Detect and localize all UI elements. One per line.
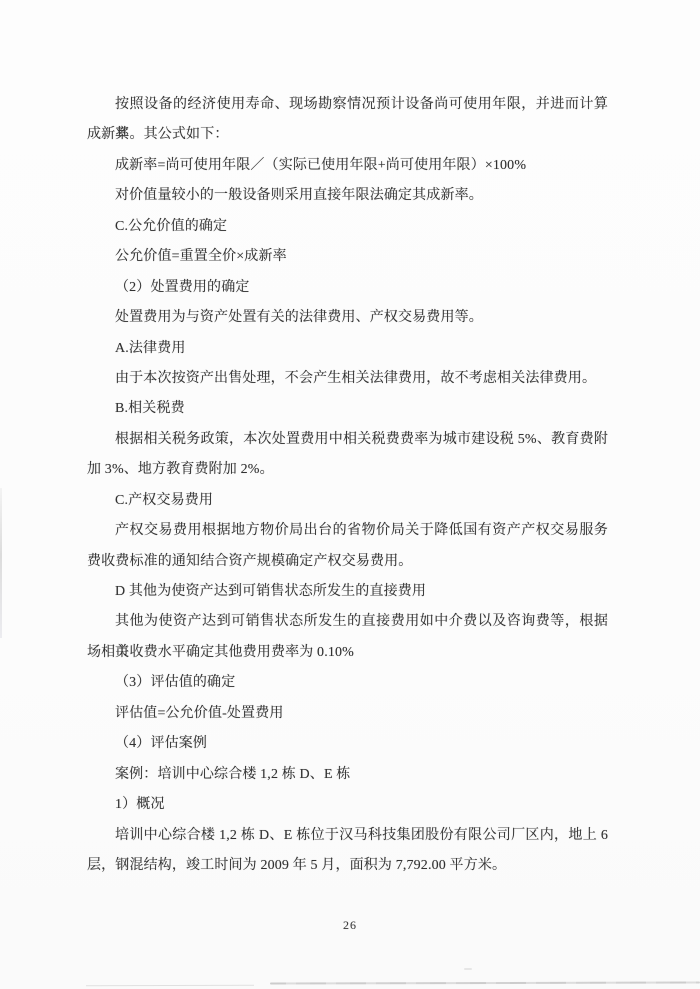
text-line: 根据相关税务政策，本次处置费用中相关税费费率为城市建设税 5%、教育费附 — [87, 425, 608, 455]
text-line: （2）处置费用的确定 — [87, 273, 608, 303]
text-line: （4）评估案例 — [87, 729, 608, 759]
scan-speck-artifact — [464, 968, 472, 970]
text-line: 培训中心综合楼 1,2 栋 D、E 栋位于汉马科技集团股份有限公司厂区内，地上 … — [87, 821, 608, 851]
page-number: 26 — [0, 918, 700, 933]
text-line: 由于本次按资产出售处理，不会产生相关法律费用，故不考虑相关法律费用。 — [87, 364, 608, 394]
text-line: 费收费标准的通知结合资产规模确定产权交易费用。 — [87, 547, 608, 577]
text-line: 其他为使资产达到可销售状态所发生的直接费用如中介费以及咨询费等，根据市 — [87, 607, 608, 637]
text-line: A.法律费用 — [87, 334, 608, 364]
scanned-document-page: 按照设备的经济使用寿命、现场勘察情况预计设备尚可使用年限，并进而计算其成新率。其… — [0, 0, 700, 989]
text-line: D 其他为使资产达到可销售状态所发生的直接费用 — [87, 577, 608, 607]
text-line: 对价值量较小的一般设备则采用直接年限法确定其成新率。 — [87, 181, 608, 211]
text-line: 按照设备的经济使用寿命、现场勘察情况预计设备尚可使用年限，并进而计算其 — [87, 90, 608, 120]
text-line: 场相关收费水平确定其他费用费率为 0.10% — [87, 638, 608, 668]
text-line: 公允价值=重置全价×成新率 — [87, 242, 608, 272]
text-line: 评估值=公允价值-处置费用 — [87, 699, 608, 729]
text-line: B.相关税费 — [87, 394, 608, 424]
text-line: 案例：培训中心综合楼 1,2 栋 D、E 栋 — [87, 760, 608, 790]
text-line: 处置费用为与资产处置有关的法律费用、产权交易费用等。 — [87, 303, 608, 333]
text-line: 层，钢混结构，竣工时间为 2009 年 5 月，面积为 7,792.00 平方米… — [87, 851, 608, 881]
text-line: 成新率=尚可使用年限／（实际已使用年限+尚可使用年限）×100% — [87, 151, 608, 181]
text-line: C.公允价值的确定 — [87, 212, 608, 242]
text-line: C.产权交易费用 — [87, 486, 608, 516]
text-line: 成新率。其公式如下： — [87, 120, 608, 150]
text-line: （3）评估值的确定 — [87, 668, 608, 698]
text-line: 产权交易费用根据地方物价局出台的省物价局关于降低国有资产产权交易服务 — [87, 516, 608, 546]
document-body: 按照设备的经济使用寿命、现场勘察情况预计设备尚可使用年限，并进而计算其成新率。其… — [87, 90, 608, 881]
scan-edge-artifact-bottom-light — [86, 985, 254, 986]
scan-edge-artifact-left — [0, 488, 2, 638]
scan-edge-artifact-bottom-dark — [270, 982, 700, 985]
text-line: 加 3%、地方教育费附加 2%。 — [87, 455, 608, 485]
text-line: 1）概况 — [87, 790, 608, 820]
